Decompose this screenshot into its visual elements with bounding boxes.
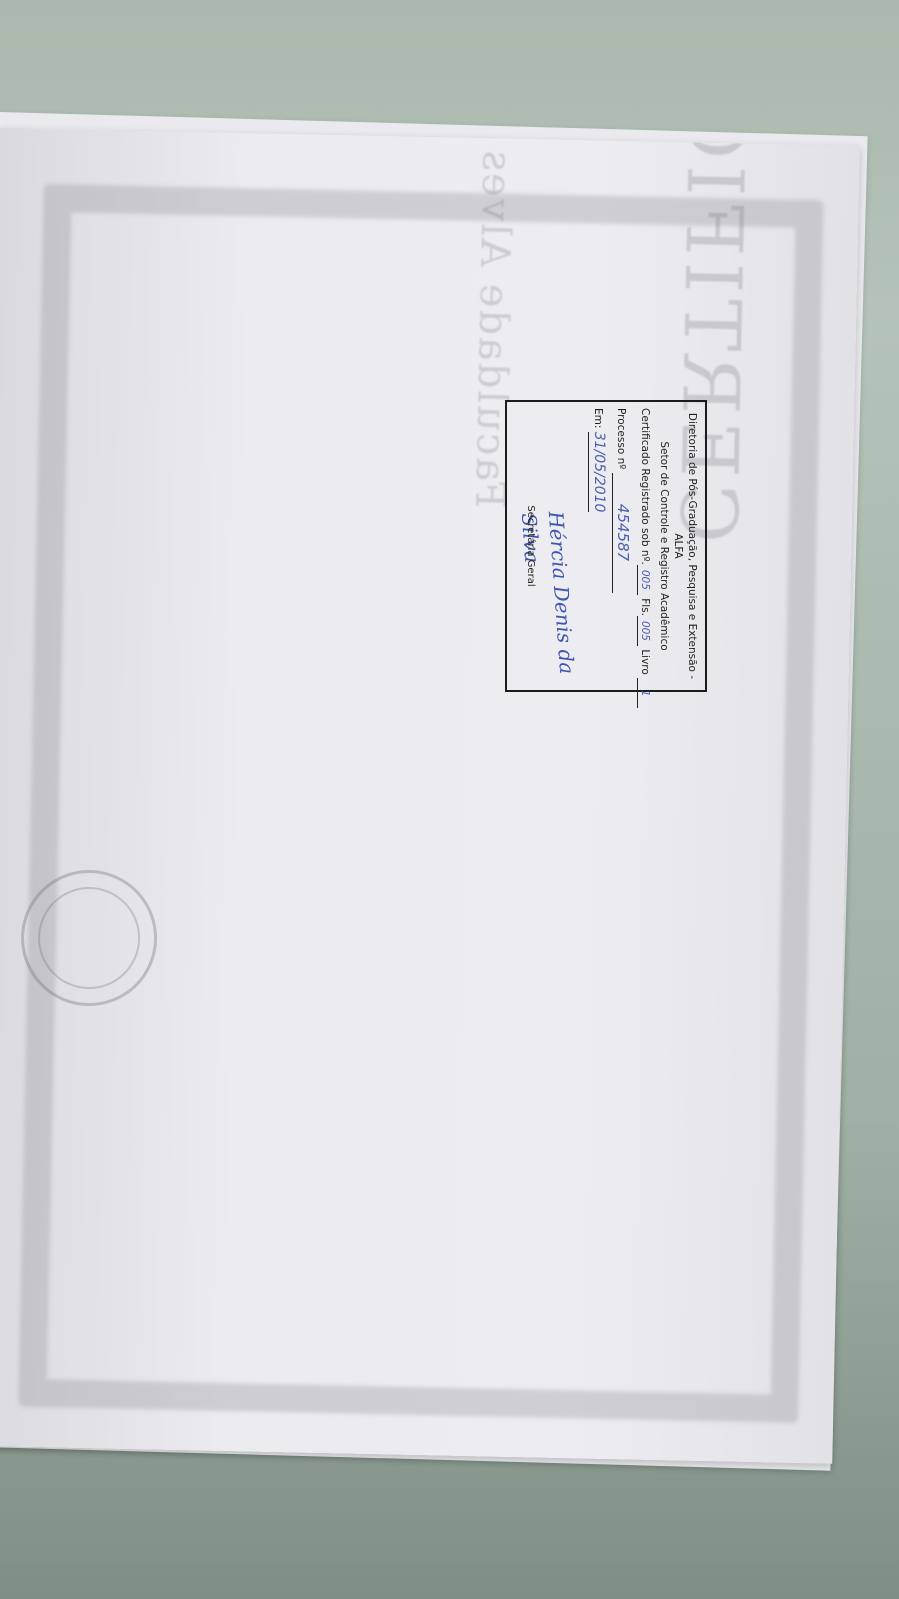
certificate-sheet: CERTIFICADO Faculdade Alves Faria xyxy=(0,128,860,1464)
stamp-heading: Diretoria de Pós-Graduação, Pesquisa e E… xyxy=(671,408,699,684)
stamp-subheading: Setor de Controle e Registro Acadêmico xyxy=(656,408,670,684)
processo-row: Processo nº 454587 xyxy=(612,408,633,684)
date-row: Em: 31/05/2010 xyxy=(588,408,608,684)
livro-value: 1 xyxy=(637,678,652,708)
processo-value: 454587 xyxy=(612,473,633,593)
livro-label: Livro xyxy=(639,649,651,675)
registration-row: Certificado Registrado sob nº.005 Fls.00… xyxy=(637,408,652,684)
date-label: Em: xyxy=(592,408,604,428)
signer-role: Secretária Geral xyxy=(524,402,538,690)
folhas-label: Fls. xyxy=(639,598,651,616)
folhas-value: 005 xyxy=(637,616,652,646)
registro-label: Certificado Registrado sob nº. xyxy=(639,408,651,565)
date-value: 31/05/2010 xyxy=(588,432,608,513)
processo-label: Processo nº xyxy=(615,408,627,469)
registration-stamp: Diretoria de Pós-Graduação, Pesquisa e E… xyxy=(505,400,707,692)
registro-value: 005 xyxy=(637,565,652,595)
